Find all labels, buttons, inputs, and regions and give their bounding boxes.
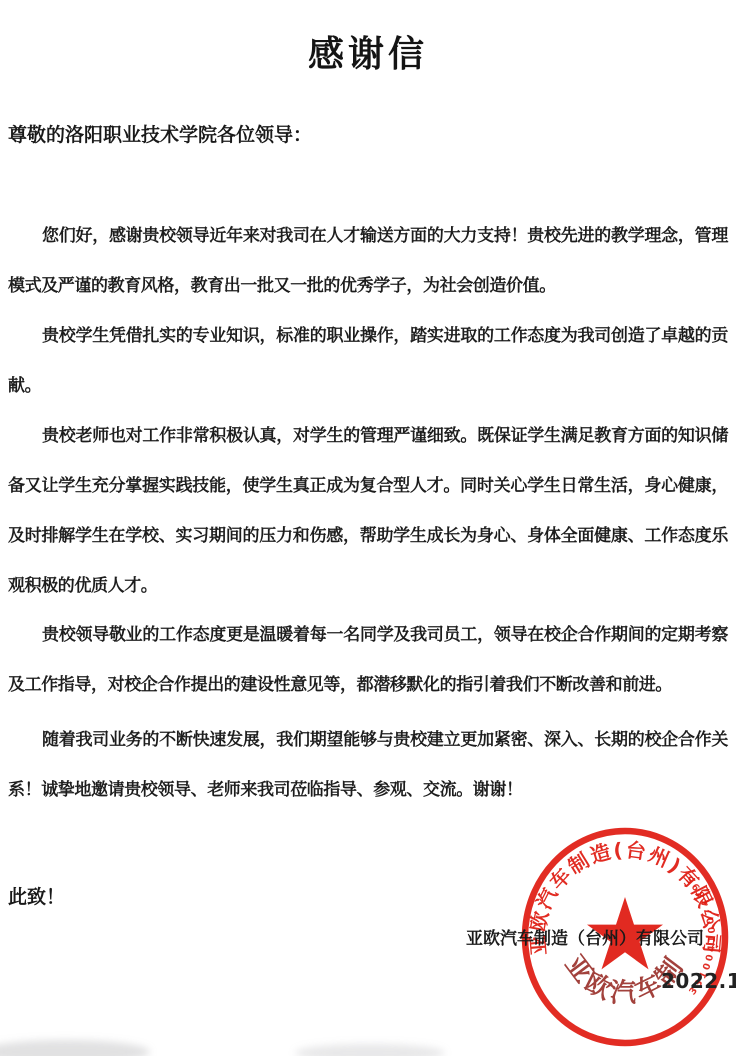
paragraph-5: 随着我司业务的不断快速发展，我们期望能够与贵校建立更加紧密、深入、长期的校企合作…: [8, 715, 728, 815]
scan-smudge-artifact: [295, 1044, 445, 1056]
closing-phrase: 此致！: [8, 882, 65, 909]
signature-company-name: 亚欧汽车制造（台州）有限公司: [440, 924, 730, 949]
letter-page: 感谢信 尊敬的洛阳职业技术学院各位领导： 您们好，感谢贵校领导近年来对我司在人才…: [0, 0, 736, 1056]
paragraph-2: 贵校学生凭借扎实的专业知识，标准的职业操作，踏实进取的工作态度为我司创造了卓越的…: [8, 311, 728, 411]
paragraph-1: 您们好，感谢贵校领导近年来对我司在人才输送方面的大力支持！贵校先进的教学理念，管…: [8, 211, 728, 311]
letter-title: 感谢信: [0, 26, 736, 77]
salutation: 尊敬的洛阳职业技术学院各位领导：: [8, 120, 728, 147]
scan-smudge-artifact: [0, 1040, 150, 1056]
paragraph-4: 贵校领导敬业的工作态度更是温暖着每一名同学及我司员工，领导在校企合作期间的定期考…: [8, 610, 728, 710]
paragraph-3: 贵校老师也对工作非常积极认真，对学生的管理严谨细致。既保证学生满足教育方面的知识…: [8, 411, 728, 611]
letter-date: 2022.10: [661, 969, 736, 993]
